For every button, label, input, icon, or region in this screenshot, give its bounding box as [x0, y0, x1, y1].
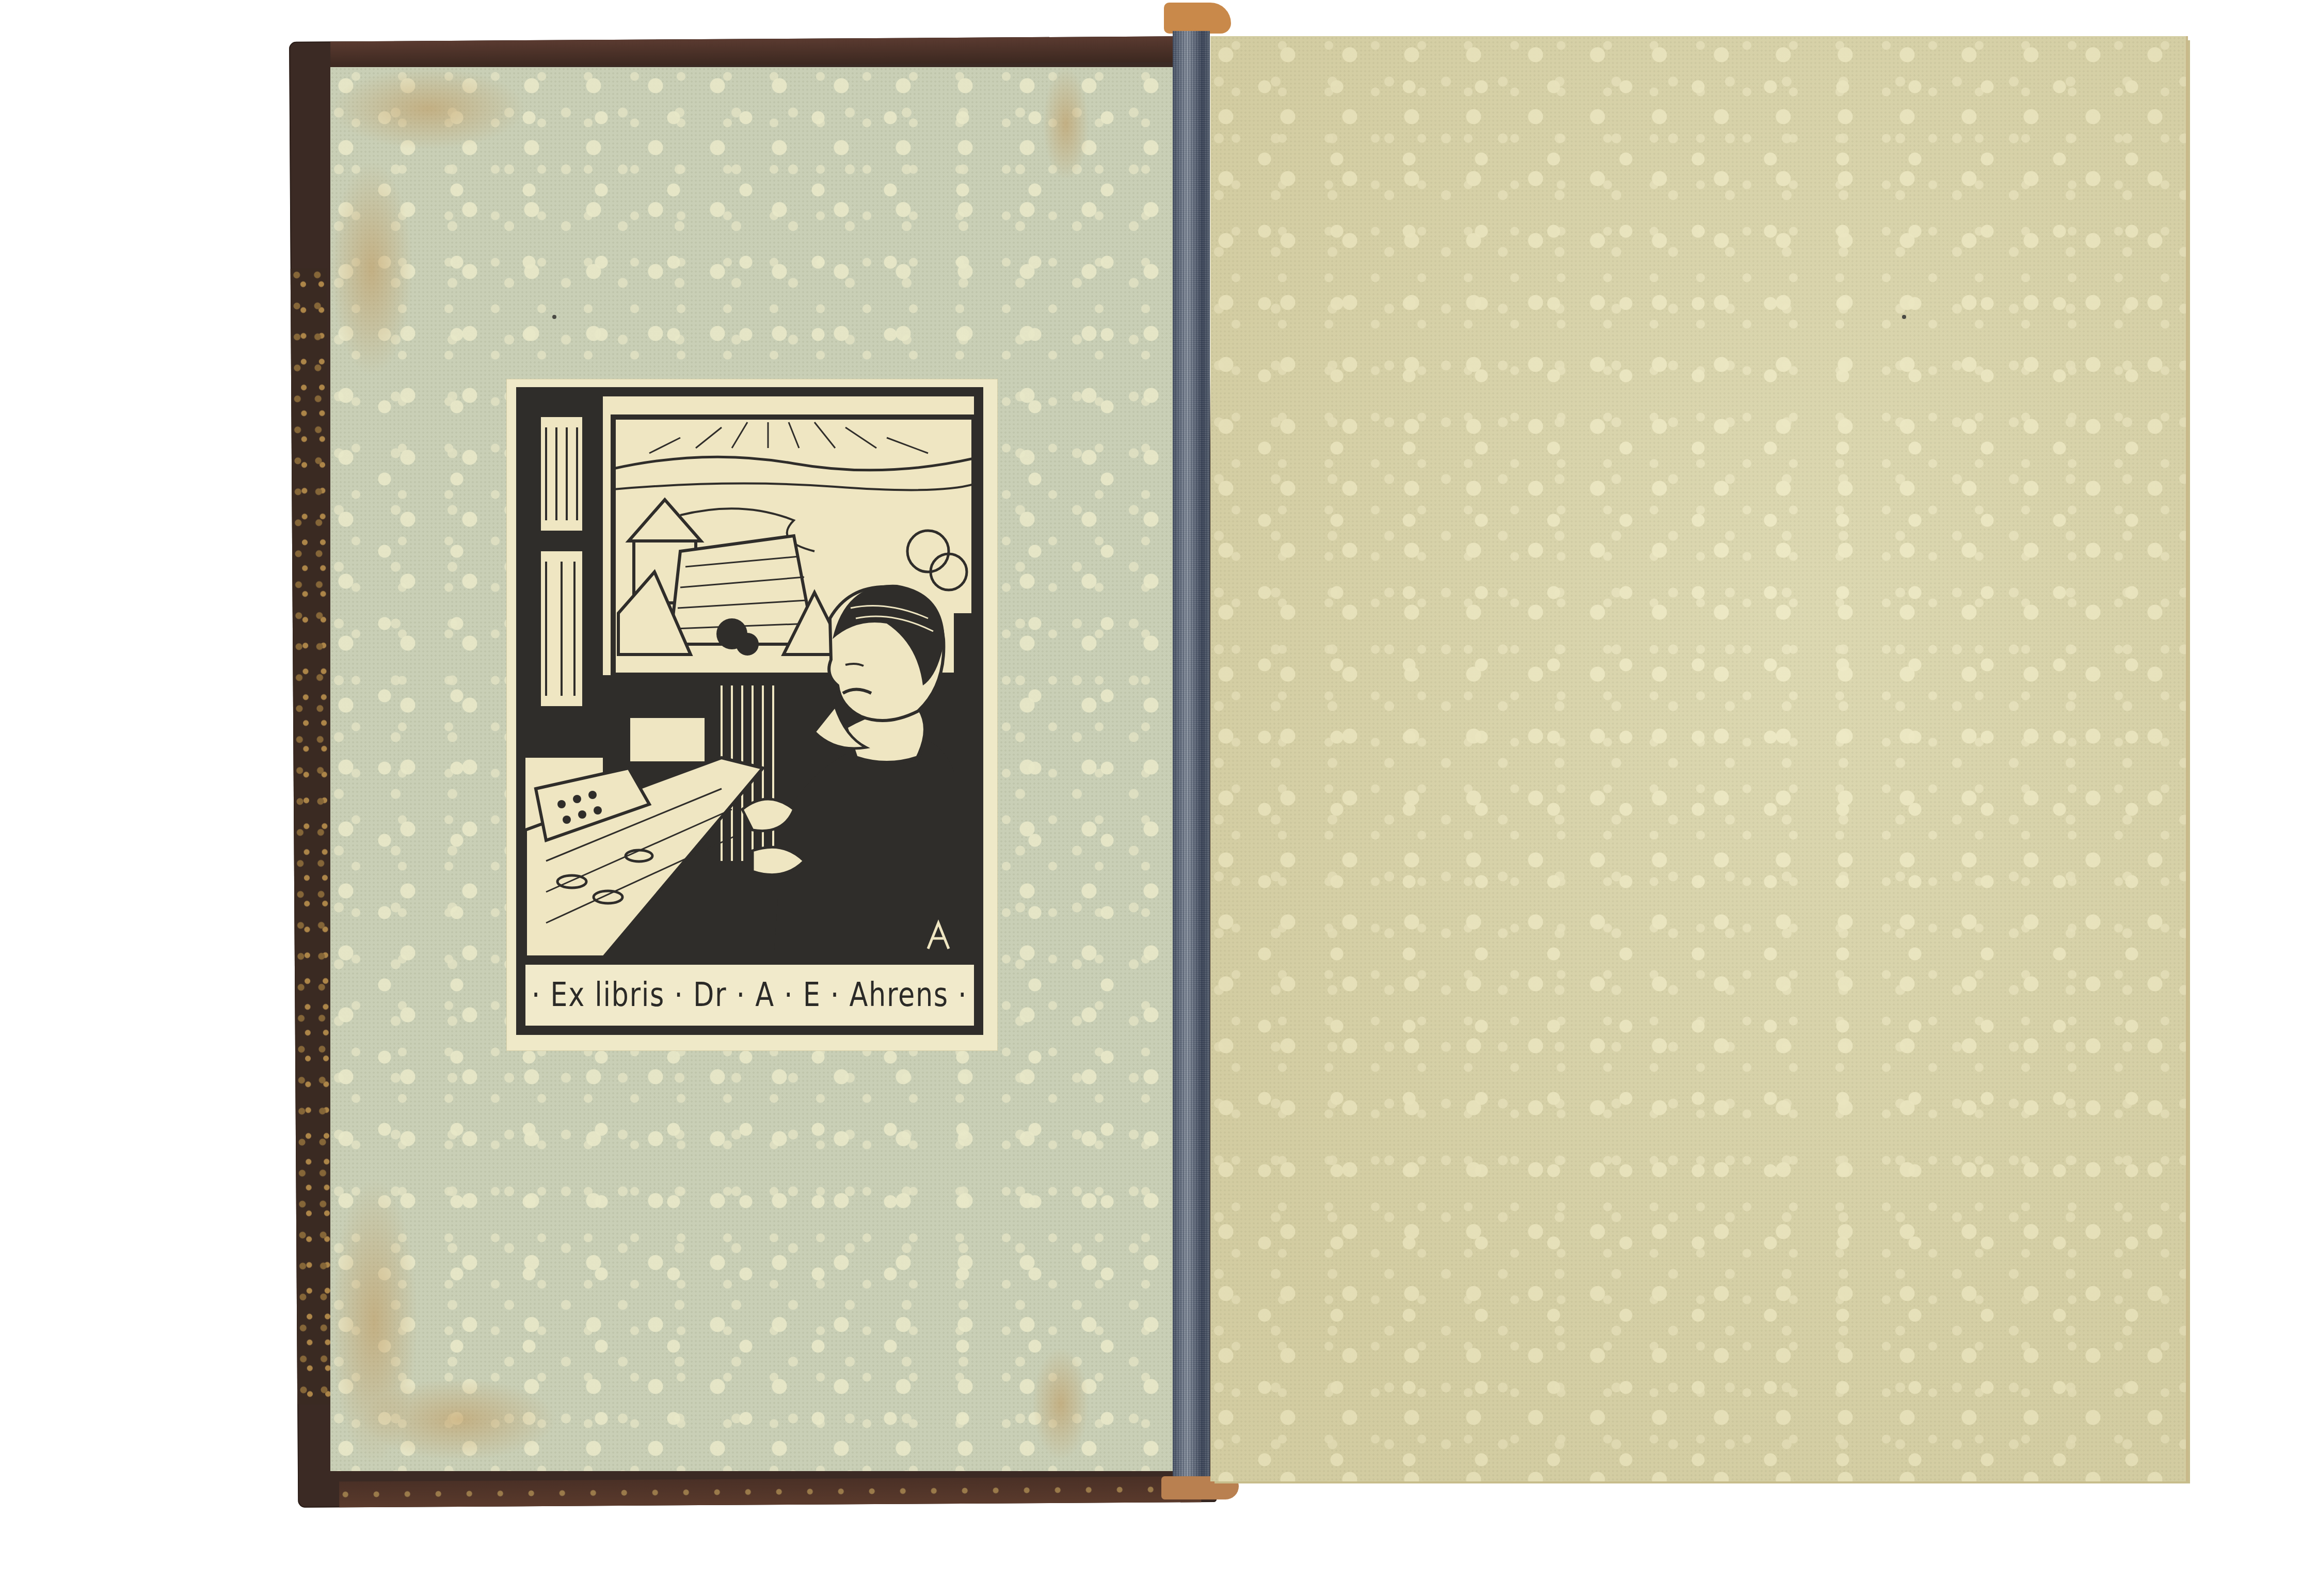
spine-headcap [1164, 3, 1231, 34]
right-free-endpaper [1210, 36, 2188, 1481]
glue-stain-bottom-left [361, 1378, 557, 1461]
woodcut-illustration [525, 396, 974, 964]
paper-speck [1902, 315, 1906, 319]
paper-tone [1210, 36, 2186, 1481]
cover-top-edge [330, 36, 1192, 67]
glue-stain-top-left [330, 67, 526, 150]
glue-stain-top-right [1043, 67, 1089, 181]
woodcut-scene-icon [525, 396, 974, 964]
bookplate-frame: · Ex libris · Dr · A · E · Ahrens · [516, 387, 983, 1035]
marbled-spine-edge [291, 268, 333, 1404]
glue-stain-bottom-right [1032, 1347, 1089, 1461]
glue-stain-left-upper [330, 160, 413, 377]
paper-speck [552, 315, 556, 319]
cover-bottom-edge [339, 1476, 1201, 1507]
linen-hinge-strip [1173, 31, 1210, 1492]
bookplate-caption: · Ex libris · Dr · A · E · Ahrens · [532, 976, 968, 1014]
ex-libris-bookplate: · Ex libris · Dr · A · E · Ahrens · [507, 379, 997, 1050]
bookplate-caption-bar: · Ex libris · Dr · A · E · Ahrens · [525, 955, 974, 1026]
